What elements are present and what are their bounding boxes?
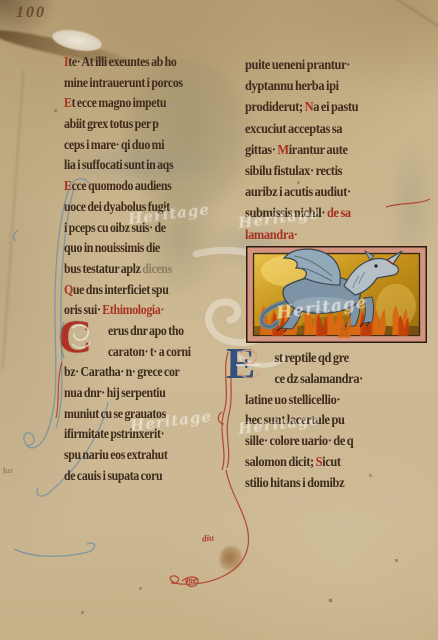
text-segment-ink: stilio hitans i domibz: [245, 475, 344, 490]
text-segment-red: M: [277, 142, 288, 157]
text-line: uoce dei dyabolus fugit: [64, 197, 200, 218]
text-line: lamandra·: [245, 224, 399, 245]
text-segment-ink: sille· colore uario· de q: [245, 433, 353, 448]
text-segment-ink: erus dnr apo tho: [108, 323, 184, 338]
text-segment-ink: gittas·: [245, 142, 277, 157]
folio-number: 100: [16, 4, 46, 22]
text-line: sibilu fistulax· rectis: [245, 160, 399, 181]
text-line: st reptile qd gre: [245, 348, 399, 369]
text-line: muniut cu se grauatos: [64, 404, 200, 425]
text-segment-ink: ifirmitate pstrinxerit·: [64, 426, 164, 441]
text-line: gittas· Mirantur aute: [245, 139, 399, 160]
text-line: submissis nichil· de sa: [245, 202, 399, 223]
text-line: Et ecce magno impetu: [64, 93, 200, 114]
text-line: stilio hitans i domibz: [245, 473, 399, 494]
initial-C-letter: C: [58, 311, 92, 363]
text-segment-ink: hec sunt lacertule pu: [245, 412, 345, 427]
text-segment-red: E: [64, 178, 72, 193]
text-line: mine intrauerunt i porcos: [64, 73, 200, 94]
text-segment-red: E: [64, 95, 72, 110]
salamander-eye: [374, 264, 377, 267]
crease-left: [2, 70, 24, 369]
text-line: bus testatur aplz dicens: [64, 259, 200, 280]
crease-top-right: [374, 0, 438, 30]
text-segment-ink: i pceps cu oibz suis· de: [64, 220, 166, 235]
text-segment-ink: st reptile qd gre: [274, 350, 348, 365]
marginal-note-red-1: diu: [202, 532, 215, 543]
text-column-right-upper: puite ueneni prantur·dyptannu herba ipip…: [245, 54, 412, 245]
text-segment-ink: submissis nichil·: [245, 205, 327, 220]
text-line: abiit grex totus per p: [64, 114, 200, 135]
text-line: puite ueneni prantur·: [245, 54, 399, 75]
text-segment-red: de sa: [327, 205, 351, 220]
parchment-speckles: [0, 0, 1, 1]
text-line: de cauis i supata coru: [64, 466, 200, 487]
text-line: excuciut acceptas sa: [245, 118, 399, 139]
stain-bottom-spot: [220, 546, 242, 572]
text-segment-ink: a ei pastu: [313, 99, 358, 114]
salamander-miniature: [246, 246, 427, 343]
text-line: latine uo stellicellio·: [245, 390, 399, 411]
manuscript-page: 100 Ite· At illi exeuntes ab homine intr…: [0, 0, 438, 640]
text-segment-ink: te· At illi exeuntes ab ho: [68, 54, 176, 69]
initial-E: E: [226, 341, 255, 387]
text-segment-ink: ceps i mare· qi duo mi: [64, 137, 164, 152]
initial-E-letter: E: [226, 339, 255, 388]
text-segment-ink: cce quomodo audiens: [72, 178, 172, 193]
text-segment-ink: t ecce magno impetu: [72, 95, 167, 110]
text-segment-ink: icut: [322, 454, 341, 469]
text-segment-ink: sibilu fistulax· rectis: [245, 163, 342, 178]
text-line: Ite· At illi exeuntes ab ho: [64, 52, 200, 73]
text-line: ceps i mare· qi duo mi: [64, 135, 200, 156]
marginal-note-ink: lus: [3, 466, 13, 476]
text-segment-ink: de cauis i supata coru: [64, 468, 162, 483]
text-segment-ink: ce dz salamandra·: [274, 371, 363, 386]
text-line: lia i suffocati sunt in aqs: [64, 155, 200, 176]
text-segment-red: Q: [64, 282, 73, 297]
text-segment-ink: latine uo stellicellio·: [245, 392, 340, 407]
marginal-note-red-2: me: [186, 575, 197, 585]
text-line: nua dnr· hij serpentiu: [64, 383, 200, 404]
text-segment-ink: irantur aute: [289, 142, 348, 157]
text-line: dyptannu herba ipi: [245, 75, 399, 96]
text-segment-ink: auribz i acutis audiut·: [245, 184, 351, 199]
text-line: prodiderut; Na ei pastu: [245, 96, 399, 117]
text-line: hec sunt lacertule pu: [245, 410, 399, 431]
text-segment-ink: lia i suffocati sunt in aqs: [64, 157, 173, 172]
text-segment-ink: excuciut acceptas sa: [245, 121, 342, 136]
initial-C: C: [58, 314, 92, 360]
text-line: Que dns interficiet spu: [64, 280, 200, 301]
text-segment-ink: bus testatur aplz: [64, 261, 142, 276]
text-line: salomon dicit; Sicut: [245, 452, 399, 473]
text-line: spu nariu eos extrahut: [64, 445, 200, 466]
text-segment-ink: dyptannu herba ipi: [245, 78, 339, 93]
text-segment-ink: mine intrauerunt i porcos: [64, 75, 183, 90]
text-segment-ink: bz· Caratha· n· grece cor: [64, 364, 179, 379]
text-line: bz· Caratha· n· grece cor: [64, 362, 200, 383]
text-line: sille· colore uario· de q: [245, 431, 399, 452]
text-segment-ink: puite ueneni prantur·: [245, 57, 350, 72]
text-segment-ink: spu nariu eos extrahut: [64, 447, 167, 462]
text-line: ifirmitate pstrinxerit·: [64, 424, 200, 445]
text-segment-ink: quo in nouissimis die: [64, 240, 160, 255]
text-segment-ink: muniut cu se grauatos: [64, 406, 166, 421]
text-segment-ink: ue dns interficiet spu: [73, 282, 169, 297]
text-column-left: Ite· At illi exeuntes ab homine intrauer…: [64, 52, 218, 486]
text-column-right-lower: st reptile qd grece dz salamandra·latine…: [245, 348, 412, 494]
text-line: Ecce quomodo audiens: [64, 176, 200, 197]
text-segment-faded: dicens: [142, 261, 172, 276]
text-segment-ink: nua dnr· hij serpentiu: [64, 385, 166, 400]
text-segment-ink: salomon dicit;: [245, 454, 316, 469]
text-segment-ink: uoce dei dyabolus fugit: [64, 199, 170, 214]
text-segment-red: lamandra·: [245, 227, 298, 242]
tear-repair-patch: [51, 26, 104, 54]
text-line: i pceps cu oibz suis· de: [64, 218, 200, 239]
text-line: quo in nouissimis die: [64, 238, 200, 259]
text-segment-ink: caraton· t· a corni: [108, 344, 191, 359]
text-segment-ink: prodiderut;: [245, 99, 305, 114]
text-segment-red: N: [305, 99, 314, 114]
text-line: ce dz salamandra·: [245, 369, 399, 390]
text-segment-red: Ethimologia·: [102, 302, 164, 317]
text-segment-ink: abiit grex totus per p: [64, 116, 159, 131]
salamander-miniature-art: [246, 246, 427, 343]
text-line: auribz i acutis audiut·: [245, 181, 399, 202]
